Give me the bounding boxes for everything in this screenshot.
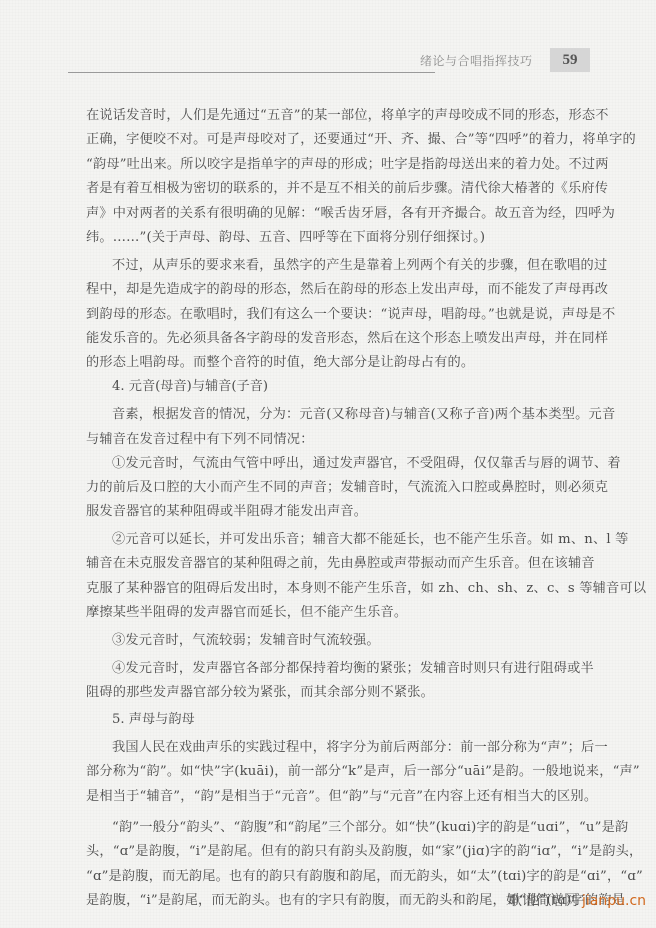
text-line: 是相当于“辅音”，“韵”是相当于“元音”。但“韵”与“元音”在内容上还有相当大的… <box>86 787 588 807</box>
text-line: 服发音器官的某种阻碍或半阻碍才能发出声音。 <box>86 502 588 522</box>
text-line: 克服了某种器官的阻碍后发出时，本身则不能产生乐音，如 zh、ch、sh、z、c、… <box>86 579 588 599</box>
text-line: 我国人民在戏曲声乐的实践过程中，将字分为前后两部分：前一部分称为“声”；后一 <box>112 738 588 758</box>
text-line: 不过，从声乐的要求来看，虽然字的产生是靠着上列两个有关的步骤，但在歌唱的过 <box>112 256 588 276</box>
watermark-en: jianpu.cn <box>582 893 646 909</box>
text-line: 在说话发音时，人们是先通过“五音”的某一部位，将单字的声母咬成不同的形态，形态不 <box>86 106 588 126</box>
text-line: “韵”一般分“韵头”、“韵腹”和“韵尾”三个部分。如“快”(kuɑi)字的韵是“… <box>112 818 588 838</box>
text-line: 程中，却是先造成字的韵母的形态，然后在韵母的形态上发出声母，而不能发了声母再改 <box>86 280 588 300</box>
text-line: 部分称为“韵”。如“快”字(kuāi)，前一部分“k”是声，后一部分“uāi”是… <box>86 762 588 782</box>
text-line: “ɑ”是韵腹，而无韵尾。也有的韵只有韵腹和韵尾，而无韵头，如“太”(tɑi)字的… <box>86 867 588 887</box>
text-line: 力的前后及口腔的大小而产生不同的声音；发辅音时，气流流入口腔或鼻腔时，则必须克 <box>86 478 588 498</box>
section-heading: 4. 元音(母音)与辅音(子音) <box>112 377 268 397</box>
page-number-box: 59 <box>550 48 590 72</box>
header-rule <box>68 72 435 73</box>
text-line: 声》中对两者的关系有很明确的见解：“喉舌齿牙唇，各有开齐撮合。故五音为经，四呼为 <box>86 204 588 224</box>
section-heading: 5. 声母与韵母 <box>112 710 195 730</box>
text-line: 的形态上唱韵母。而整个音符的时值，绝大部分是让韵母占有的。 <box>86 353 588 373</box>
running-header-title: 绪论与合唱指挥技巧 <box>420 52 533 69</box>
text-line: 摩擦某些半阻碍的发声器官而延长，但不能产生乐音。 <box>86 603 588 623</box>
watermark: 歌谱简谱网jianpu.cn <box>508 890 646 910</box>
text-line: ①发元音时，气流由气管中呼出，通过发声器官，不受阻碍，仅仅靠舌与唇的调节、着 <box>112 454 588 474</box>
text-line: 头，“ɑ”是韵腹，“i”是韵尾。但有的韵只有韵头及韵腹，如“家”(jiɑ)字的韵… <box>86 842 588 862</box>
text-line: ④发元音时，发声器官各部分都保持着均衡的紧张；发辅音时则只有进行阻碍或半 <box>112 659 588 679</box>
text-line: ③发元音时，气流较弱；发辅音时气流较强。 <box>112 631 588 651</box>
text-line: 到韵母的形态。在歌唱时，我们有这么一个要诀：“说声母，唱韵母。”也就是说，声母是… <box>86 305 588 325</box>
book-page: 绪论与合唱指挥技巧 59 在说话发音时，人们是先通过“五音”的某一部位，将单字的… <box>0 0 656 928</box>
text-line: “韵母”吐出来。所以咬字是指单字的声母的形成；吐字是指韵母送出来的着力处。不过两 <box>86 155 588 175</box>
page-number: 59 <box>563 52 578 69</box>
text-line: 纬。……”(关于声母、韵母、五音、四呼等在下面将分别仔细探讨。) <box>86 228 588 248</box>
text-line: ②元音可以延长，并可发出乐音；辅音大都不能延长，也不能产生乐音。如 m、n、l … <box>112 530 588 550</box>
text-line: 辅音在未克服发音器官的某种阻碍之前，先由鼻腔或声带振动而产生乐音。但在该辅音 <box>86 554 588 574</box>
text-line: 阻碍的那些发声器官部分较为紧张，而其余部分则不紧张。 <box>86 683 588 703</box>
text-line: 正确，字便咬不对。可是声母咬对了，还要通过“开、齐、撮、合”等“四呼”的着力，将… <box>86 130 588 150</box>
text-line: 者是有着互相极为密切的联系的，并不是互不相关的前后步骤。清代徐大椿著的《乐府传 <box>86 179 588 199</box>
watermark-cn: 歌谱简谱网 <box>508 893 578 909</box>
text-line: 与辅音在发音过程中有下列不同情况： <box>86 430 588 450</box>
text-line: 音素，根据发音的情况，分为：元音(又称母音)与辅音(又称子音)两个基本类型。元音 <box>112 405 588 425</box>
text-line: 能发乐音的。先必须具备各字韵母的发音形态，然后在这个形态上喷发出声母，并在同样 <box>86 329 588 349</box>
